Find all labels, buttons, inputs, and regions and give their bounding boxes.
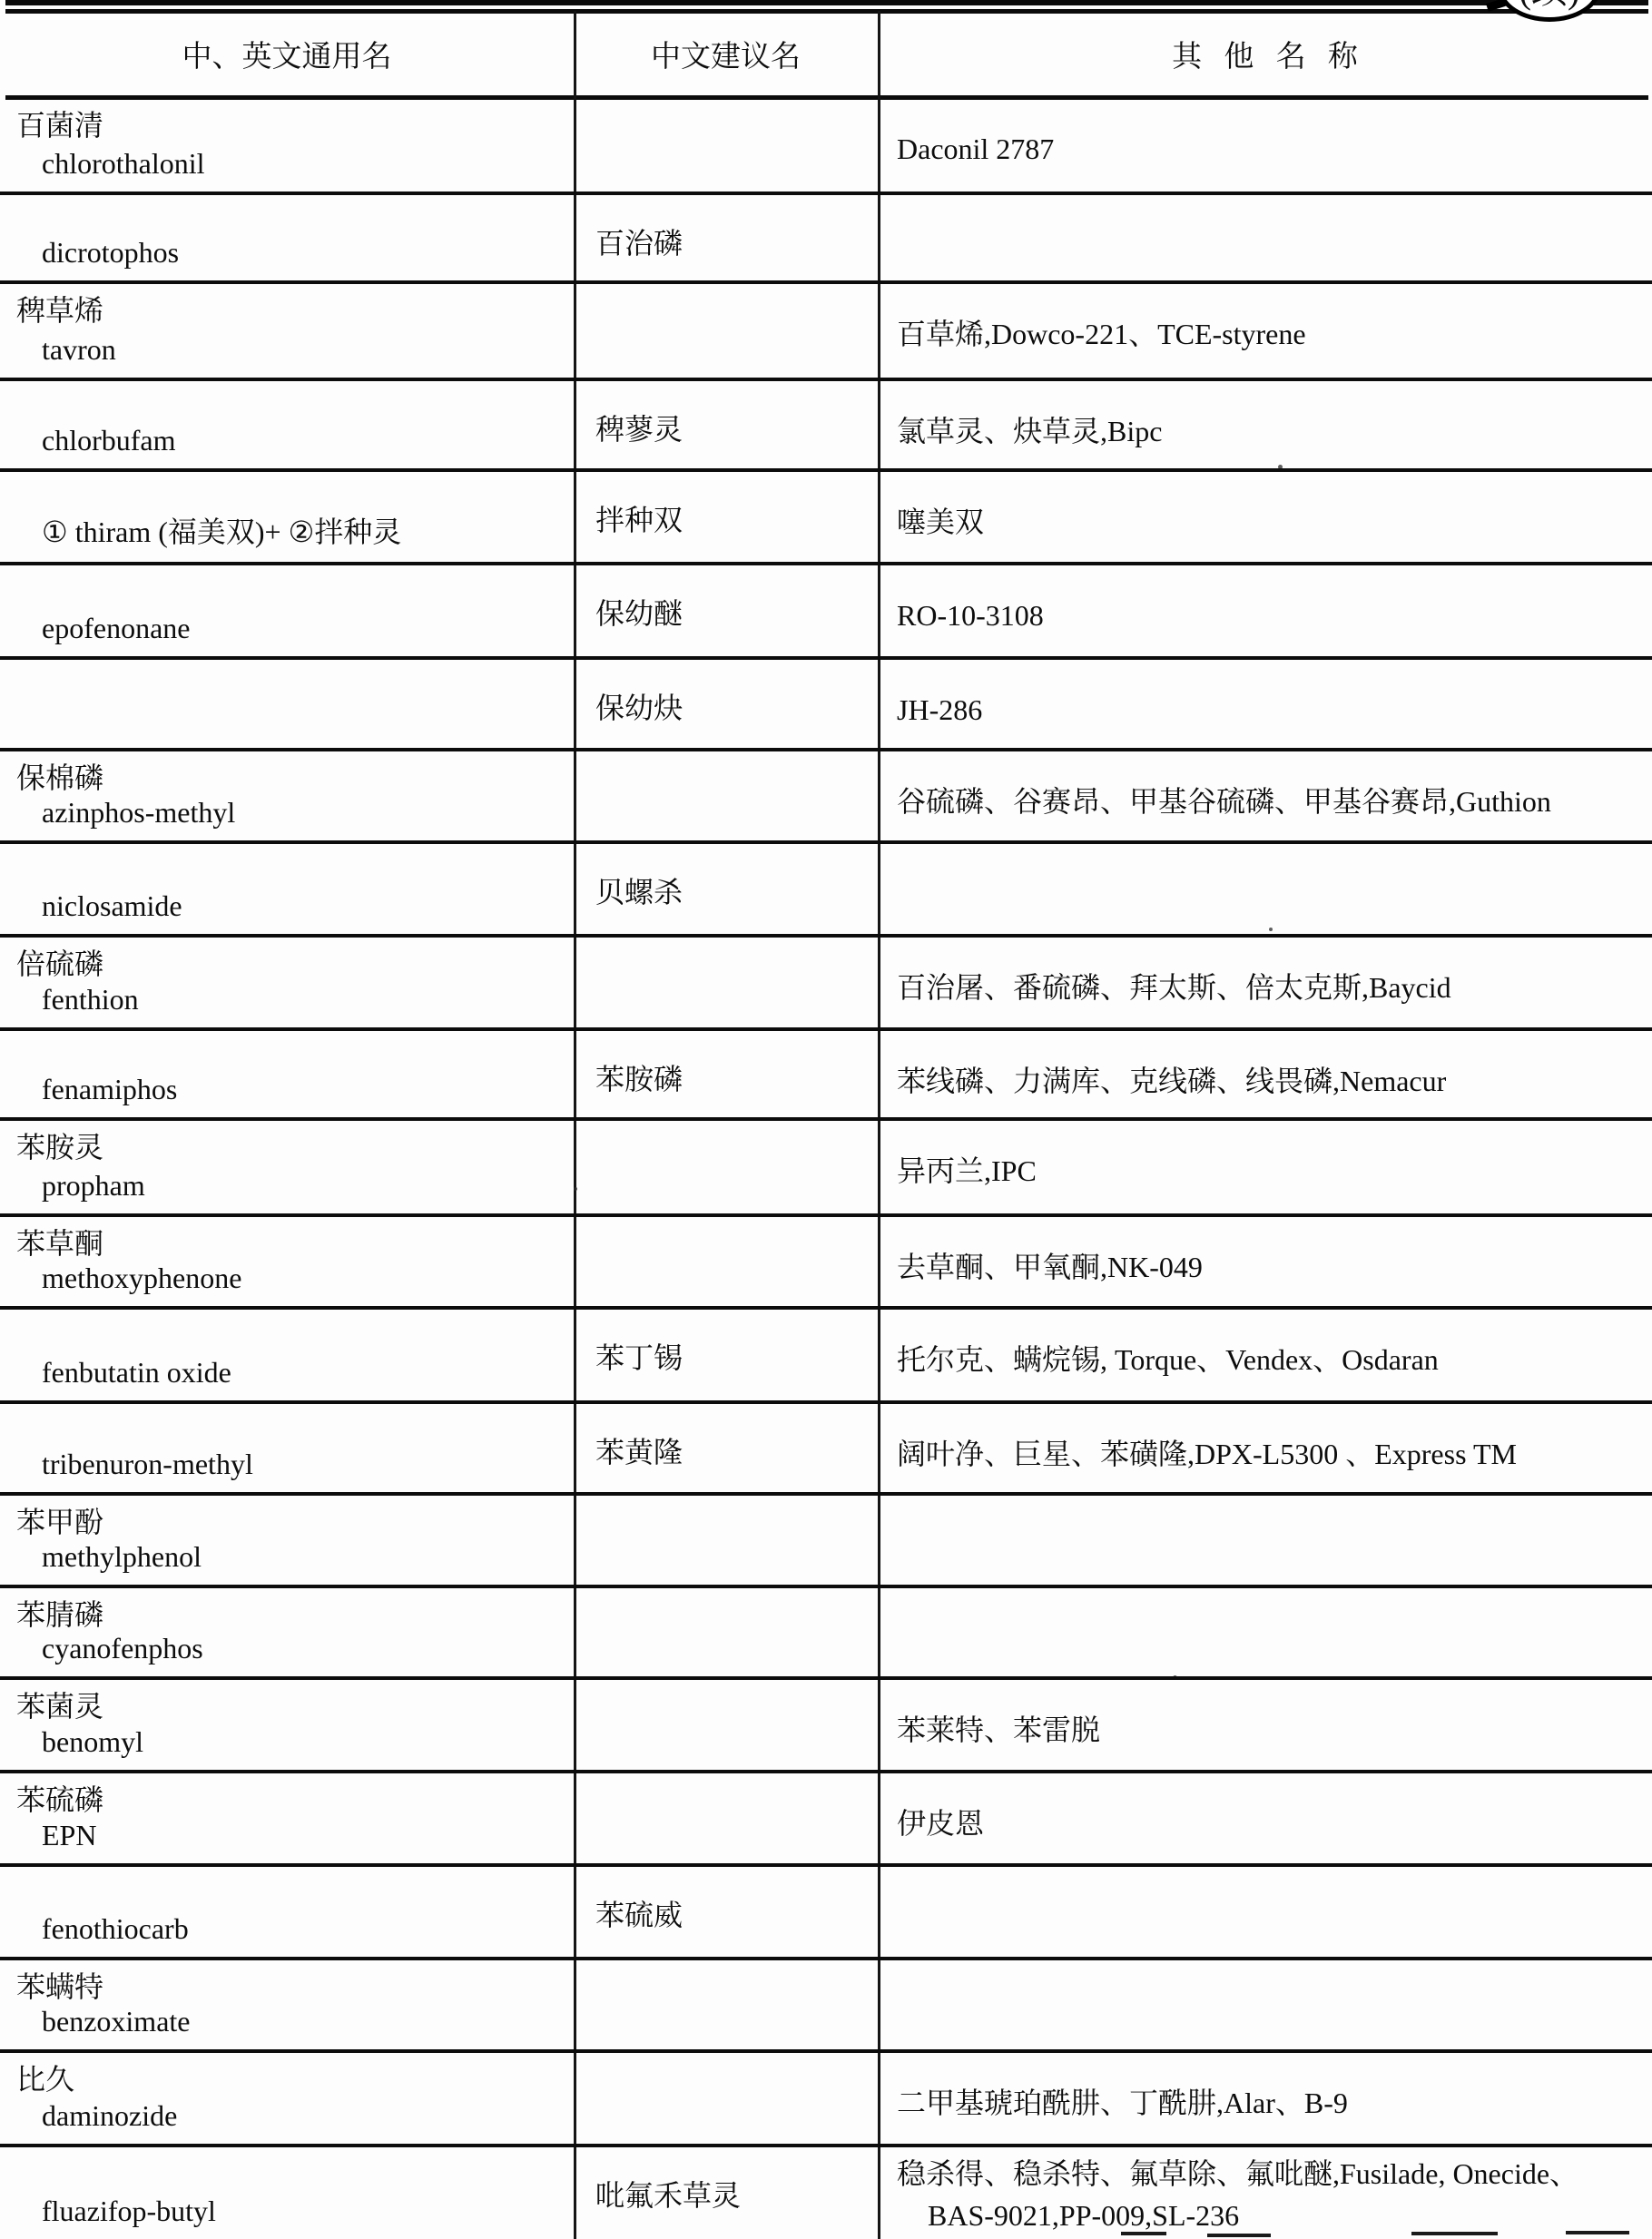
- suggested-name-cn: 百治磷: [595, 221, 683, 262]
- other-names-cell: 伊皮恩: [897, 1802, 1645, 1844]
- common-name-en: fenothiocarb: [42, 1912, 189, 1946]
- common-name-en: benzoximate: [42, 2005, 190, 2038]
- common-name-en: methoxyphenone: [42, 1262, 241, 1295]
- other-names-cell: Daconil 2787: [897, 128, 1645, 170]
- common-name-en: EPN: [42, 1819, 96, 1852]
- common-name-cn: 倍硫磷: [16, 941, 103, 983]
- continuation-mark-text: (续): [1519, 0, 1580, 14]
- common-name-cn: 保棉磷: [16, 755, 103, 797]
- suggested-name-cn: 苯丁锡: [595, 1335, 683, 1377]
- other-names-line: 去草酮、甲氧酮,NK-049: [897, 1246, 1645, 1288]
- other-names-line: Daconil 2787: [897, 128, 1645, 170]
- other-names-line: 二甲基琥珀酰肼、丁酰肼,Alar、B-9: [897, 2082, 1645, 2124]
- other-names-cell: 百草烯,Dowco-221、TCE-styrene: [897, 313, 1645, 355]
- common-name-en: benomyl: [42, 1725, 143, 1759]
- other-names-line: 稳杀得、稳杀特、氟草除、氟吡醚,Fusilade, Onecide、: [897, 2153, 1645, 2195]
- suggested-name-cn: 吡氟禾草灵: [595, 2173, 741, 2214]
- common-name-en: chlorbufam: [42, 424, 176, 457]
- other-names-cell: 噻美双: [897, 501, 1645, 543]
- table-row: 苯草酮 methoxyphenone 去草酮、甲氧酮,NK-049: [0, 1217, 1652, 1310]
- common-name-en: tribenuron-methyl: [42, 1448, 253, 1481]
- scanned-table-page: (续) 中、英文通用名 中文建议名 其 他 名 称 百菌清 chlorothal…: [0, 0, 1652, 2239]
- table-row: 苯螨特 benzoximate: [0, 1960, 1652, 2053]
- other-names-line: 谷硫磷、谷赛昂、甲基谷硫磷、甲基谷赛昂,Guthion: [897, 781, 1645, 822]
- suggested-name-cn: 拌种双: [595, 497, 683, 539]
- common-name-en: epofenonane: [42, 612, 190, 645]
- common-name-cn: 苯螨特: [16, 1964, 103, 2006]
- other-names-cell: 百治屠、番硫磷、拜太斯、倍太克斯,Baycid: [897, 967, 1645, 1008]
- other-names-cell: 谷硫磷、谷赛昂、甲基谷硫磷、甲基谷赛昂,Guthion: [897, 781, 1645, 822]
- other-names-cell: 异丙兰,IPC: [897, 1150, 1645, 1192]
- other-names-line: 伊皮恩: [897, 1802, 1645, 1844]
- table-row: 百菌清 chlorothalonil Daconil 2787: [0, 99, 1652, 195]
- table-row: 苯硫磷 EPN 伊皮恩: [0, 1773, 1652, 1867]
- other-names-line: RO-10-3108: [897, 594, 1645, 636]
- common-name-en: cyanofenphos: [42, 1632, 203, 1665]
- table-row: 苯腈磷 cyanofenphos: [0, 1588, 1652, 1680]
- other-names-line: 异丙兰,IPC: [897, 1150, 1645, 1192]
- common-name-cn: 百菌清: [16, 103, 103, 144]
- table-row: 苯菌灵 benomyl 苯莱特、苯雷脱: [0, 1680, 1652, 1773]
- common-name-en: fenthion: [42, 983, 139, 1016]
- table-row: fluazifop-butyl 吡氟禾草灵 稳杀得、稳杀特、氟草除、氟吡醚,Fu…: [0, 2147, 1652, 2239]
- other-names-line: 百草烯,Dowco-221、TCE-styrene: [897, 313, 1645, 355]
- other-names-cell: 二甲基琥珀酰肼、丁酰肼,Alar、B-9: [897, 2082, 1645, 2124]
- table-row: chlorbufam 稗蓼灵 氯草灵、炔草灵,Bipc: [0, 381, 1652, 472]
- other-names-line: 氯草灵、炔草灵,Bipc: [897, 410, 1645, 452]
- table-row: 比久 daminozide 二甲基琥珀酰肼、丁酰肼,Alar、B-9: [0, 2053, 1652, 2147]
- other-names-cell: RO-10-3108: [897, 594, 1645, 636]
- table-row: tribenuron-methyl 苯黄隆 阔叶净、巨星、苯磺隆,DPX-L53…: [0, 1404, 1652, 1496]
- common-name-cn: 苯甲酚: [16, 1499, 103, 1541]
- col-header-common-name: 中、英文通用名: [0, 12, 574, 95]
- common-name-en: dicrotophos: [42, 236, 179, 270]
- other-names-line: 苯线磷、力满库、克线磷、线畏磷,Nemacur: [897, 1060, 1645, 1102]
- common-name-cn: 苯硫磷: [16, 1777, 103, 1819]
- table-row: 保棉磷 azinphos-methyl 谷硫磷、谷赛昂、甲基谷硫磷、甲基谷赛昂,…: [0, 751, 1652, 844]
- table-row: 保幼炔 JH-286: [0, 660, 1652, 751]
- other-names-line: 阔叶净、巨星、苯磺隆,DPX-L5300 、Express TM: [897, 1433, 1645, 1475]
- other-names-cell: 托尔克、螨烷锡, Torque、Vendex、Osdaran: [897, 1339, 1645, 1380]
- common-name-cn: 苯胺灵: [16, 1124, 103, 1166]
- other-names-line: 噻美双: [897, 501, 1645, 543]
- common-name-en: fluazifop-butyl: [42, 2195, 216, 2228]
- other-names-line: JH-286: [897, 689, 1645, 731]
- common-name-en: daminozide: [42, 2099, 177, 2133]
- table-header-row: 中、英文通用名 中文建议名 其 他 名 称: [0, 12, 1652, 95]
- table-row: 苯甲酚 methylphenol: [0, 1496, 1652, 1588]
- common-name-en: azinphos-methyl: [42, 796, 235, 830]
- suggested-name-cn: 苯胺磷: [595, 1056, 683, 1098]
- other-names-cell: 苯莱特、苯雷脱: [897, 1709, 1645, 1751]
- table-row: 稗草烯 tavron 百草烯,Dowco-221、TCE-styrene: [0, 284, 1652, 381]
- common-name-cn: 稗草烯: [16, 288, 103, 329]
- other-names-cell: JH-286: [897, 689, 1645, 731]
- other-names-cell: 氯草灵、炔草灵,Bipc: [897, 410, 1645, 452]
- other-names-line: 百治屠、番硫磷、拜太斯、倍太克斯,Baycid: [897, 967, 1645, 1008]
- table-row: ① thiram (福美双)+ ②拌种灵 拌种双 噻美双: [0, 472, 1652, 565]
- table-row: epofenonane 保幼醚 RO-10-3108: [0, 565, 1652, 660]
- common-name-en: propham: [42, 1169, 145, 1203]
- table-row: 倍硫磷 fenthion 百治屠、番硫磷、拜太斯、倍太克斯,Baycid: [0, 938, 1652, 1031]
- table-row: fenothiocarb 苯硫威: [0, 1867, 1652, 1960]
- common-name-en: tavron: [42, 333, 116, 367]
- other-names-line: 苯莱特、苯雷脱: [897, 1709, 1645, 1751]
- table-row: 苯胺灵 propham 异丙兰,IPC: [0, 1121, 1652, 1217]
- common-name-cn: 苯菌灵: [16, 1684, 103, 1725]
- other-names-cell: 阔叶净、巨星、苯磺隆,DPX-L5300 、Express TM: [897, 1433, 1645, 1475]
- suggested-name-cn: 保幼炔: [595, 685, 683, 727]
- common-name-en: fenamiphos: [42, 1073, 177, 1106]
- common-name-cn: 苯腈磷: [16, 1592, 103, 1634]
- other-names-cell: 去草酮、甲氧酮,NK-049: [897, 1246, 1645, 1288]
- table-row: dicrotophos 百治磷: [0, 195, 1652, 284]
- common-name-en: fenbutatin oxide: [42, 1356, 231, 1390]
- other-names-cell: 稳杀得、稳杀特、氟草除、氟吡醚,Fusilade, Onecide、BAS-90…: [897, 2153, 1645, 2236]
- table-row: niclosamide 贝螺杀: [0, 844, 1652, 938]
- suggested-name-cn: 苯硫威: [595, 1892, 683, 1934]
- common-name-cn: 比久: [16, 2057, 74, 2098]
- col-header-other-names: 其 他 名 称: [878, 12, 1652, 95]
- common-name-en: ① thiram (福美双)+ ②拌种灵: [42, 509, 401, 551]
- common-name-en: niclosamide: [42, 889, 182, 923]
- other-names-line: BAS-9021,PP-009,SL-236: [928, 2195, 1645, 2236]
- table-row: fenbutatin oxide 苯丁锡 托尔克、螨烷锡, Torque、Ven…: [0, 1310, 1652, 1404]
- col-header-suggested-name: 中文建议名: [574, 12, 878, 95]
- common-name-cn: 苯草酮: [16, 1221, 103, 1262]
- suggested-name-cn: 稗蓼灵: [595, 407, 683, 448]
- suggested-name-cn: 苯黄隆: [595, 1429, 683, 1471]
- common-name-en: methylphenol: [42, 1540, 202, 1574]
- top-rule-outer: [5, 0, 1648, 5]
- common-name-en: chlorothalonil: [42, 147, 205, 181]
- other-names-cell: 苯线磷、力满库、克线磷、线畏磷,Nemacur: [897, 1060, 1645, 1102]
- table-body: 百菌清 chlorothalonil Daconil 2787 dicrotop…: [0, 99, 1652, 2239]
- suggested-name-cn: 保幼醚: [595, 591, 683, 633]
- table-row: fenamiphos 苯胺磷 苯线磷、力满库、克线磷、线畏磷,Nemacur: [0, 1031, 1652, 1121]
- other-names-line: 托尔克、螨烷锡, Torque、Vendex、Osdaran: [897, 1339, 1645, 1380]
- suggested-name-cn: 贝螺杀: [595, 869, 683, 911]
